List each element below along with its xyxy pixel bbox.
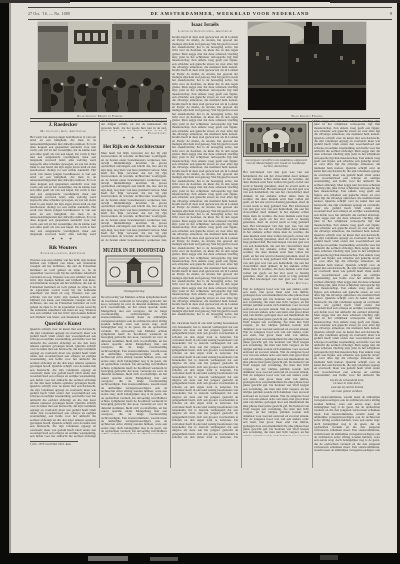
verse-quote: Gij die de schoonheid mint,en haar in st…	[314, 379, 380, 394]
muziek-banner-illustration: MUZIEK IN DE HOOFDSTAD	[101, 243, 167, 289]
illustration-caption: Omslagteekening	[101, 290, 167, 293]
article-heading: Querido's Kunst	[30, 322, 96, 328]
svg-text:MUZIEK IN DE HOOFDSTAD: MUZIEK IN DE HOOFDSTAD	[103, 247, 165, 254]
author-signature: Max Denekamp.	[172, 316, 238, 320]
issue-date-number: 27 Oct. '16. — No. 1080	[28, 12, 70, 16]
column-rule-1	[99, 120, 100, 468]
masthead-rule-top	[28, 7, 392, 8]
body-text: Men zegge niet dat deze schetsen vluchti…	[314, 120, 380, 376]
text-column-5: Men zegge niet dat deze schetsen vluchti…	[314, 120, 380, 469]
author-signature: Herm. Rutters.	[243, 282, 309, 286]
scan-artifact	[150, 557, 178, 561]
section-separator-stars: * * *	[101, 137, 167, 142]
body-text: Querido schrijft over de kunst met een h…	[30, 328, 96, 438]
column-rule-4	[312, 120, 313, 468]
body-text: De caricatuur heeft in ons land weinig b…	[172, 322, 238, 438]
scan-artifact	[330, 0, 400, 3]
body-text: Wat de zangeres bood was van een andere …	[243, 288, 309, 436]
masthead: 27 Oct. '16. — No. 1080 DE AMSTERDAMMER,…	[28, 9, 392, 18]
article-venue-subtitle: Panorama-gebouw, Amsterdam	[30, 252, 96, 256]
article-heading: Isaac Israëls	[172, 23, 238, 29]
scan-border-bottom	[0, 553, 400, 564]
townscape-art	[248, 22, 366, 110]
article-venue-subtitle: Larensche Kunsthandel, Amsterdam	[172, 30, 238, 34]
right-photo-townscape	[248, 22, 366, 110]
article-heading: J. Raedecker	[30, 123, 96, 129]
inline-illustration-banner: MUZIEK IN DE HOOFDSTAD Omslagteekening	[101, 243, 167, 294]
footnote: 1) No. 1070 van 8 Mei 1915. Red.	[30, 441, 78, 446]
body-text: Het klavierspel van den gast was van een…	[243, 171, 309, 281]
market-scene-art	[38, 22, 170, 112]
scan-artifact	[320, 555, 338, 560]
illustration-caption: Jan Gregoor. Gevelfries met medaillons, …	[243, 159, 309, 169]
text-column-4: Jan Gregoor. Gevelfries met medaillons, …	[243, 120, 309, 469]
inline-illustration-frieze: Jan Gregoor. Gevelfries met medaillons, …	[243, 121, 309, 169]
scan-artifact	[0, 0, 70, 3]
newspaper-title: DE AMSTERDAMMER, WEEKBLAD VOOR NEDERLAND	[150, 11, 309, 16]
body-text: Wouters was een schilder van het licht; …	[30, 259, 96, 319]
body-text: Israëls heeft in deze stad gezworven als…	[172, 36, 238, 316]
scan-border-left	[0, 0, 9, 564]
section-separator-stars: * * *	[30, 238, 96, 243]
article-venue-subtitle: Maatschappij Arti, Amsterdam	[30, 130, 96, 134]
page-number: 9	[390, 11, 392, 16]
text-column-2: dat het goede hier niet in de stof, maar…	[101, 120, 167, 469]
body-text: dat het goede hier niet in de stof, maar…	[101, 120, 167, 131]
text-column-3: Isaac IsraëlsLarensche Kunsthandel, Amst…	[172, 20, 238, 469]
frieze-illustration	[243, 121, 309, 157]
newspaper-scan-page: 27 Oct. '16. — No. 1080 DE AMSTERDAMMER,…	[0, 0, 400, 564]
left-photo-market-scene	[38, 22, 170, 112]
body-text: Het werk van dezen jongen beeldhouwer is…	[30, 136, 96, 236]
scan-streak-left	[9, 0, 11, 564]
body-text: Men heeft het Rijk verweten dat het bij …	[101, 152, 167, 242]
body-text: Een staatscommissie, waarin naast de amb…	[314, 396, 380, 452]
body-text: De uitvoering van Mahlers achtste sympho…	[101, 296, 167, 434]
column-rule-3	[241, 120, 242, 468]
author-signature: Plasschaert.	[101, 132, 167, 136]
article-heading: Het Rijk en de Architectuur	[101, 145, 167, 151]
text-column-1: J. RaedeckerMaatschappij Arti, Amsterdam…	[30, 120, 96, 469]
scan-artifact	[88, 556, 128, 561]
verse-line: wie haar geheel verdient.	[314, 390, 380, 394]
column-rule-2	[170, 120, 171, 468]
